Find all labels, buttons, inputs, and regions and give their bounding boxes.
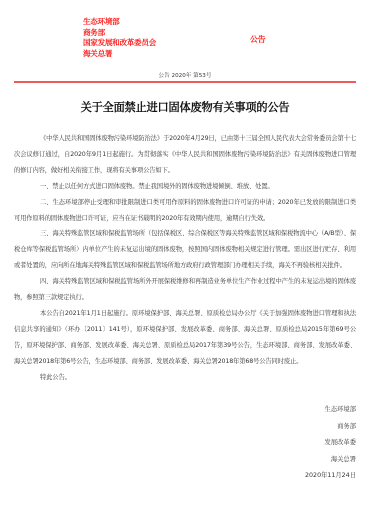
paragraph-item-1: 一、禁止以任何方式进口固体废物。禁止我国境外的固体废物进境倾倒、堆放、处置。 (14, 179, 356, 195)
agency-line: 国家发展和改革委员会 (83, 38, 156, 49)
document-number: 公告 2020年 第53号 (0, 72, 370, 80)
signer: 海关总署 (305, 452, 356, 469)
signer: 生态环境部 (305, 402, 356, 419)
agency-line: 商务部 (83, 28, 156, 39)
signature-date: 2020年11月24日 (305, 468, 356, 485)
paragraph-item-2: 二、生态环境部停止受理和审批限制进口类可用作原料的固体废物进口许可证的申请；20… (14, 195, 356, 227)
paragraph-effective-date: 本公告自2021年1月1日起施行。原环境保护部、海关总署、原质检总局办公厅《关于… (14, 306, 356, 370)
red-divider (14, 81, 356, 83)
issuing-agencies: 生态环境部 商务部 国家发展和改革委员会 海关总署 (83, 17, 156, 59)
signer: 发展改革委 (305, 435, 356, 452)
page-title: 关于全面禁止进口固体废物有关事项的公告 (0, 101, 370, 115)
agency-line: 生态环境部 (83, 17, 156, 28)
paragraph-closing: 特此公告。 (14, 370, 356, 386)
signer: 商务部 (305, 419, 356, 436)
paragraph-item-4: 四、海关特殊监管区域和保税监管场所外开展保税维修和再制造业务单位生产作业过程中产… (14, 274, 356, 306)
paragraph-preamble: 《中华人民共和国固体废物污染环境防治法》于2020年4月29日，已由第十三届全国… (14, 131, 356, 179)
signature-block: 生态环境部 商务部 发展改革委 海关总署 2020年11月24日 (305, 402, 356, 485)
paragraph-item-3: 三、海关特殊监管区域和保税监管场所（包括保税区、综合保税区等海关特殊监管区域和保… (14, 226, 356, 274)
document-type-label: 公告 (250, 35, 266, 45)
document-body: 《中华人民共和国固体废物污染环境防治法》于2020年4月29日，已由第十三届全国… (14, 131, 356, 386)
agency-line: 海关总署 (83, 49, 156, 60)
